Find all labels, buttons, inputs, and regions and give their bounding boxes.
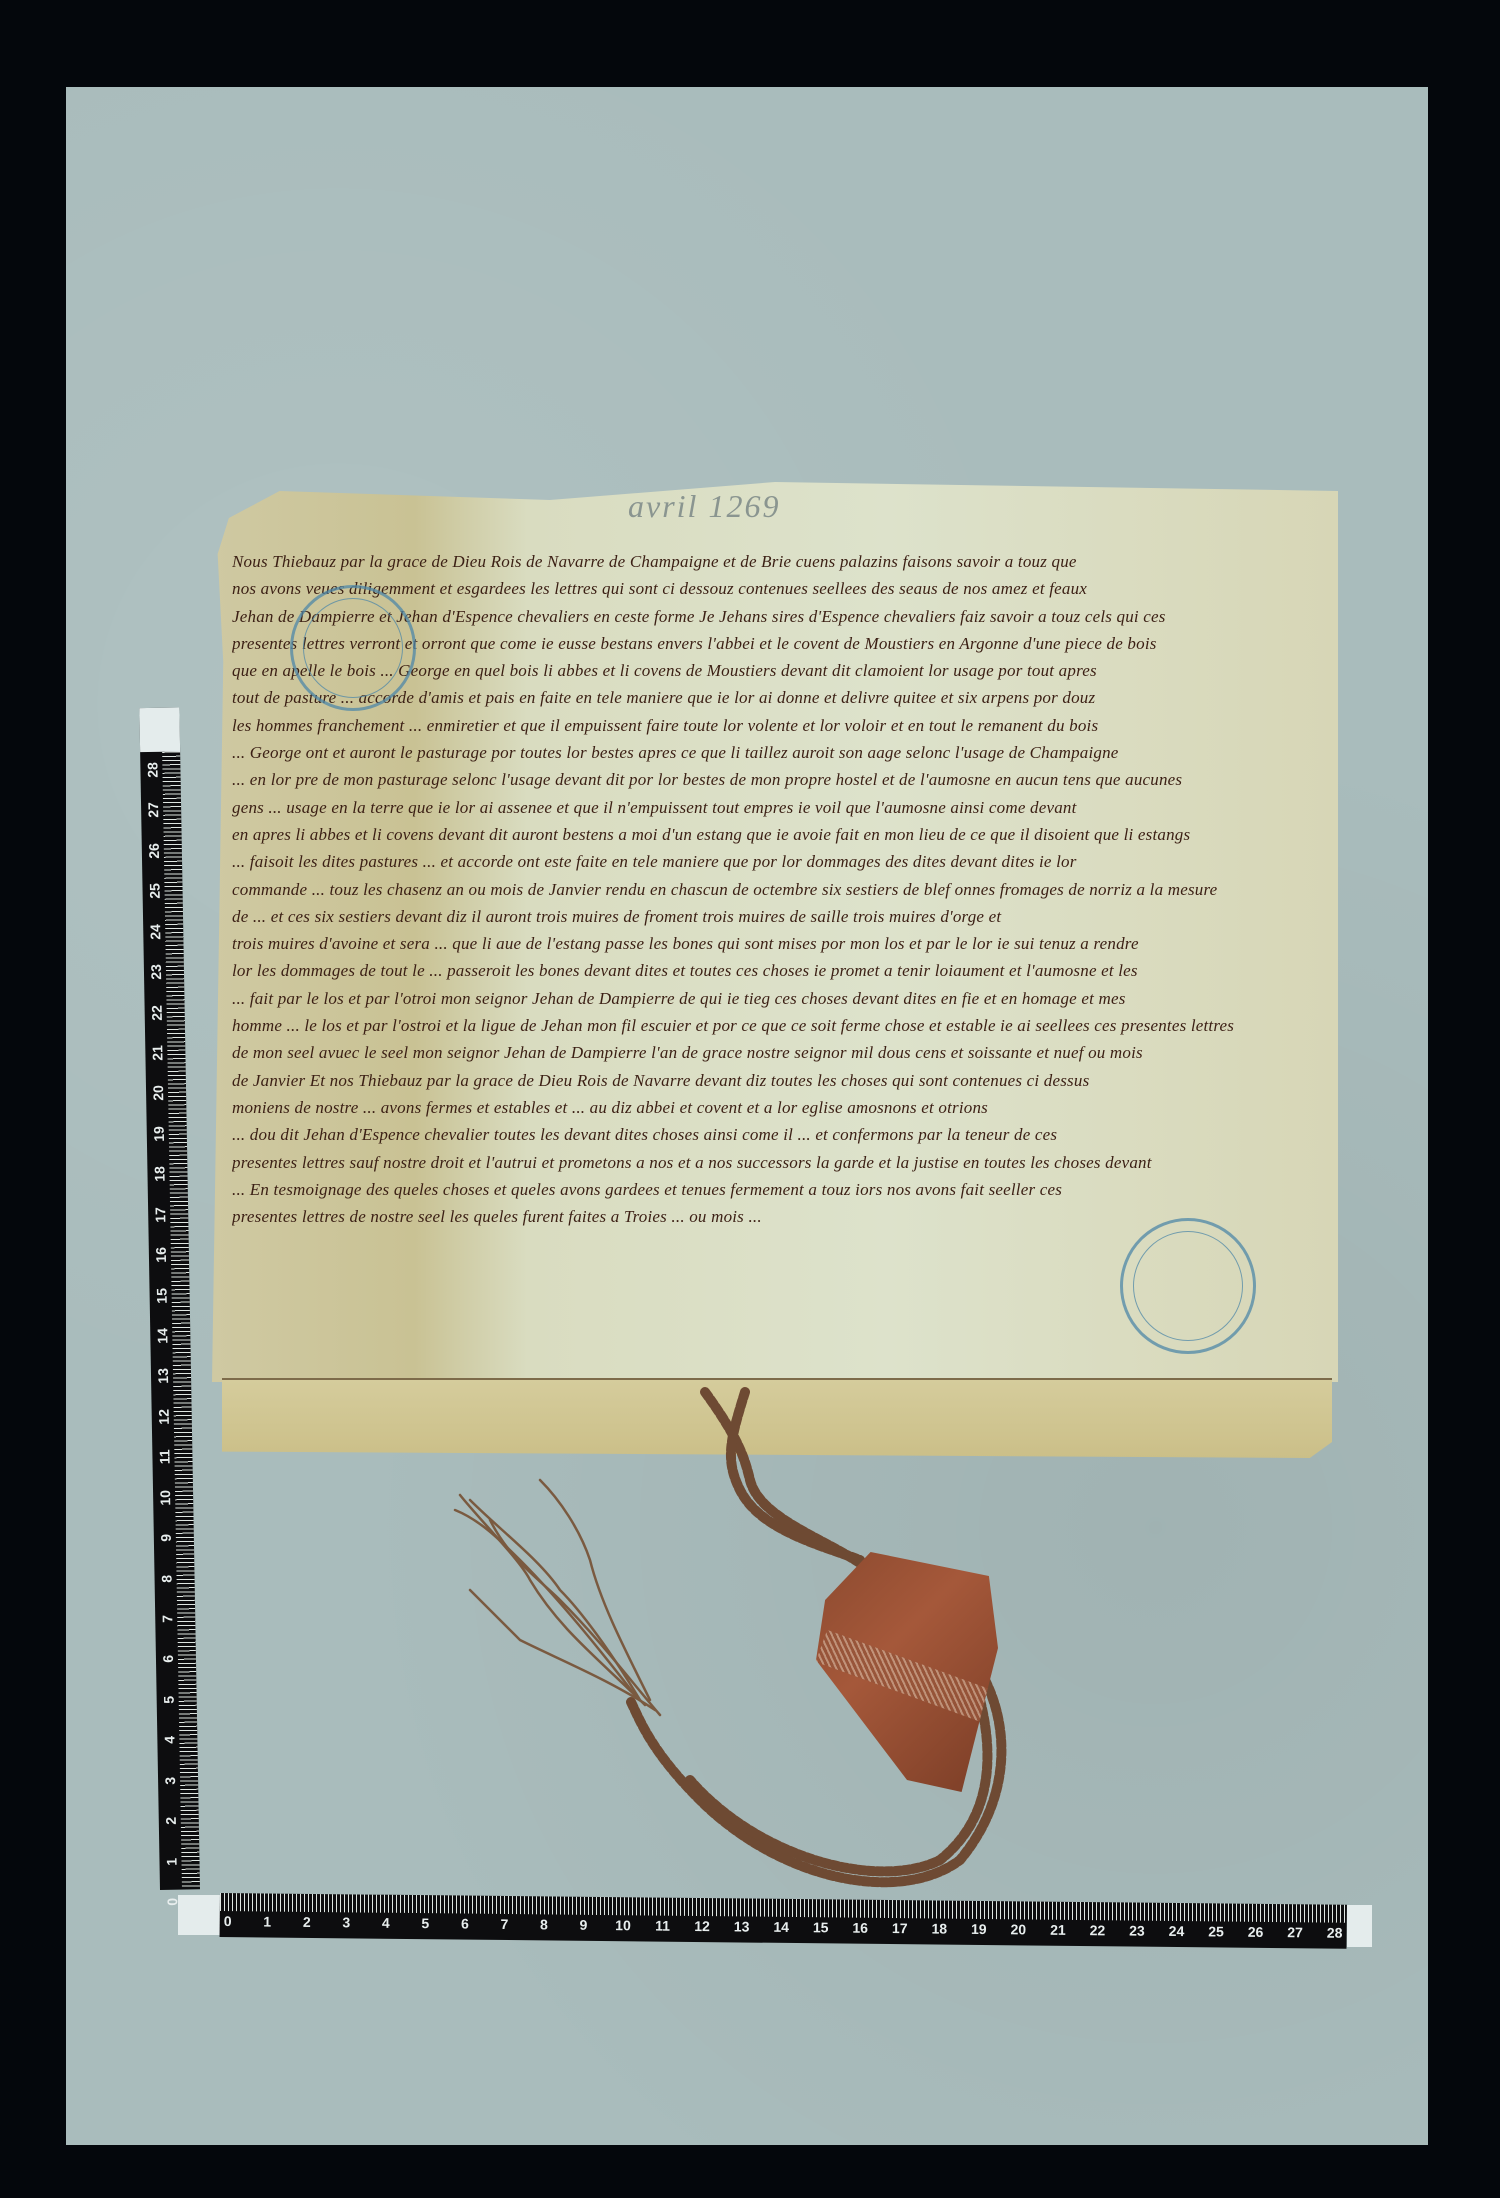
ruler-label: 9 (580, 1917, 588, 1933)
ruler-label: 27 (145, 801, 161, 819)
ruler-label: 16 (852, 1920, 868, 1936)
ruler-label: 10 (157, 1488, 173, 1506)
charter-line: presentes lettres sauf nostre droit et l… (232, 1149, 1312, 1176)
ruler-label: 8 (540, 1916, 548, 1932)
ruler-label: 6 (461, 1916, 469, 1932)
ruler-label: 1 (263, 1913, 271, 1929)
ruler-label: 3 (342, 1914, 350, 1930)
ruler-label: 5 (161, 1691, 177, 1709)
charter-line: de Janvier Et nos Thiebauz par la grace … (232, 1067, 1312, 1094)
ruler-label: 28 (1327, 1925, 1343, 1941)
charter-line: homme ... le los et par l'ostroi et la l… (232, 1012, 1312, 1039)
ruler-label: 7 (159, 1610, 175, 1628)
ruler-label: 11 (655, 1918, 670, 1934)
ruler-label: 23 (1129, 1923, 1145, 1939)
ruler-label: 1 (163, 1852, 179, 1870)
ruler-label: 14 (154, 1327, 170, 1345)
ruler-end-tab (139, 707, 180, 752)
ruler-label: 4 (161, 1731, 177, 1749)
ruler-label: 3 (162, 1771, 178, 1789)
charter-line: les hommes franchement ... enmiretier et… (232, 712, 1312, 739)
ruler-label: 18 (931, 1920, 947, 1936)
parchment-fold-plica (222, 1378, 1332, 1458)
ruler-label: 26 (146, 842, 162, 860)
charter-line: ... En tesmoignage des queles choses et … (232, 1176, 1312, 1203)
ruler-label: 15 (153, 1286, 169, 1304)
ruler-label: 12 (156, 1408, 172, 1426)
ruler-label: 25 (146, 882, 162, 900)
ruler-label: 13 (155, 1367, 171, 1385)
ruler-label: 7 (500, 1916, 508, 1932)
ruler-label: 8 (158, 1569, 174, 1587)
ruler-label: 13 (734, 1918, 750, 1934)
ruler-label: 24 (1169, 1923, 1185, 1939)
ruler-end-tab (1347, 1905, 1372, 1947)
charter-line: en apres li abbes et li covens devant di… (232, 821, 1312, 848)
ruler-label: 2 (303, 1914, 311, 1930)
charter-line: presentes lettres de nostre seel les que… (232, 1203, 1312, 1230)
charter-line: ... en lor pre de mon pasturage selonc l… (232, 766, 1312, 793)
charter-line: moniens de nostre ... avons fermes et es… (232, 1094, 1312, 1121)
ruler-corner-tab (178, 1895, 220, 1935)
ruler-label: 4 (382, 1915, 390, 1931)
ruler-label: 22 (1090, 1922, 1106, 1938)
ruler-label: 10 (615, 1917, 631, 1933)
ruler-label: 24 (147, 923, 163, 941)
ruler-label: 6 (160, 1650, 176, 1668)
ruler-label: 17 (892, 1920, 908, 1936)
charter-line: ... faisoit les dites pastures ... et ac… (232, 848, 1312, 875)
charter-line: lor les dommages de tout le ... passeroi… (232, 957, 1312, 984)
ruler-label: 15 (813, 1919, 829, 1935)
charter-line: gens ... usage en la terre que ie lor ai… (232, 794, 1312, 821)
archive-stamp-right-icon (1120, 1218, 1256, 1354)
charter-line: de mon seel avuec le seel mon seignor Je… (232, 1039, 1312, 1066)
ruler-label: 12 (694, 1918, 710, 1934)
charter-line: ... dou dit Jehan d'Espence chevalier to… (232, 1121, 1312, 1148)
ruler-label: 20 (1010, 1921, 1026, 1937)
charter-line: commande ... touz les chasenz an ou mois… (232, 876, 1312, 903)
ruler-label: 5 (421, 1915, 429, 1931)
ruler-label: 11 (156, 1448, 172, 1466)
charter-line: trois muires d'avoine et sera ... que li… (232, 930, 1312, 957)
ruler-label: 21 (1050, 1922, 1066, 1938)
charter-line: nos avons veues diligemment et esgardees… (232, 575, 1312, 602)
charter-line: ... George ont et auront le pasturage po… (232, 739, 1312, 766)
ruler-label: 19 (971, 1921, 987, 1937)
ruler-label: 26 (1248, 1924, 1264, 1940)
ruler-label: 25 (1208, 1923, 1224, 1939)
ruler-label: 23 (148, 963, 164, 981)
ruler-label: 16 (153, 1246, 169, 1264)
charter-line: Nous Thiebauz par la grace de Dieu Rois … (232, 548, 1312, 575)
archive-stamp-left-icon (290, 585, 416, 711)
ruler-label: 19 (151, 1125, 167, 1143)
ruler-label: 0 (224, 1913, 232, 1929)
ruler-label: 21 (149, 1044, 165, 1062)
ruler-label: 2 (163, 1812, 179, 1830)
ruler-label: 27 (1287, 1924, 1303, 1940)
ruler-label: 17 (152, 1205, 168, 1223)
ruler-label: 9 (158, 1529, 174, 1547)
ruler-label: 28 (144, 761, 160, 779)
charter-line: ... fait par le los et par l'otroi mon s… (232, 985, 1312, 1012)
charter-line: de ... et ces six sestiers devant diz il… (232, 903, 1312, 930)
ruler-label: 22 (149, 1003, 165, 1021)
pencil-date-annotation: avril 1269 (628, 488, 780, 525)
ruler-label: 18 (151, 1165, 167, 1183)
ruler-label: 20 (150, 1084, 166, 1102)
ruler-label: 14 (773, 1919, 789, 1935)
